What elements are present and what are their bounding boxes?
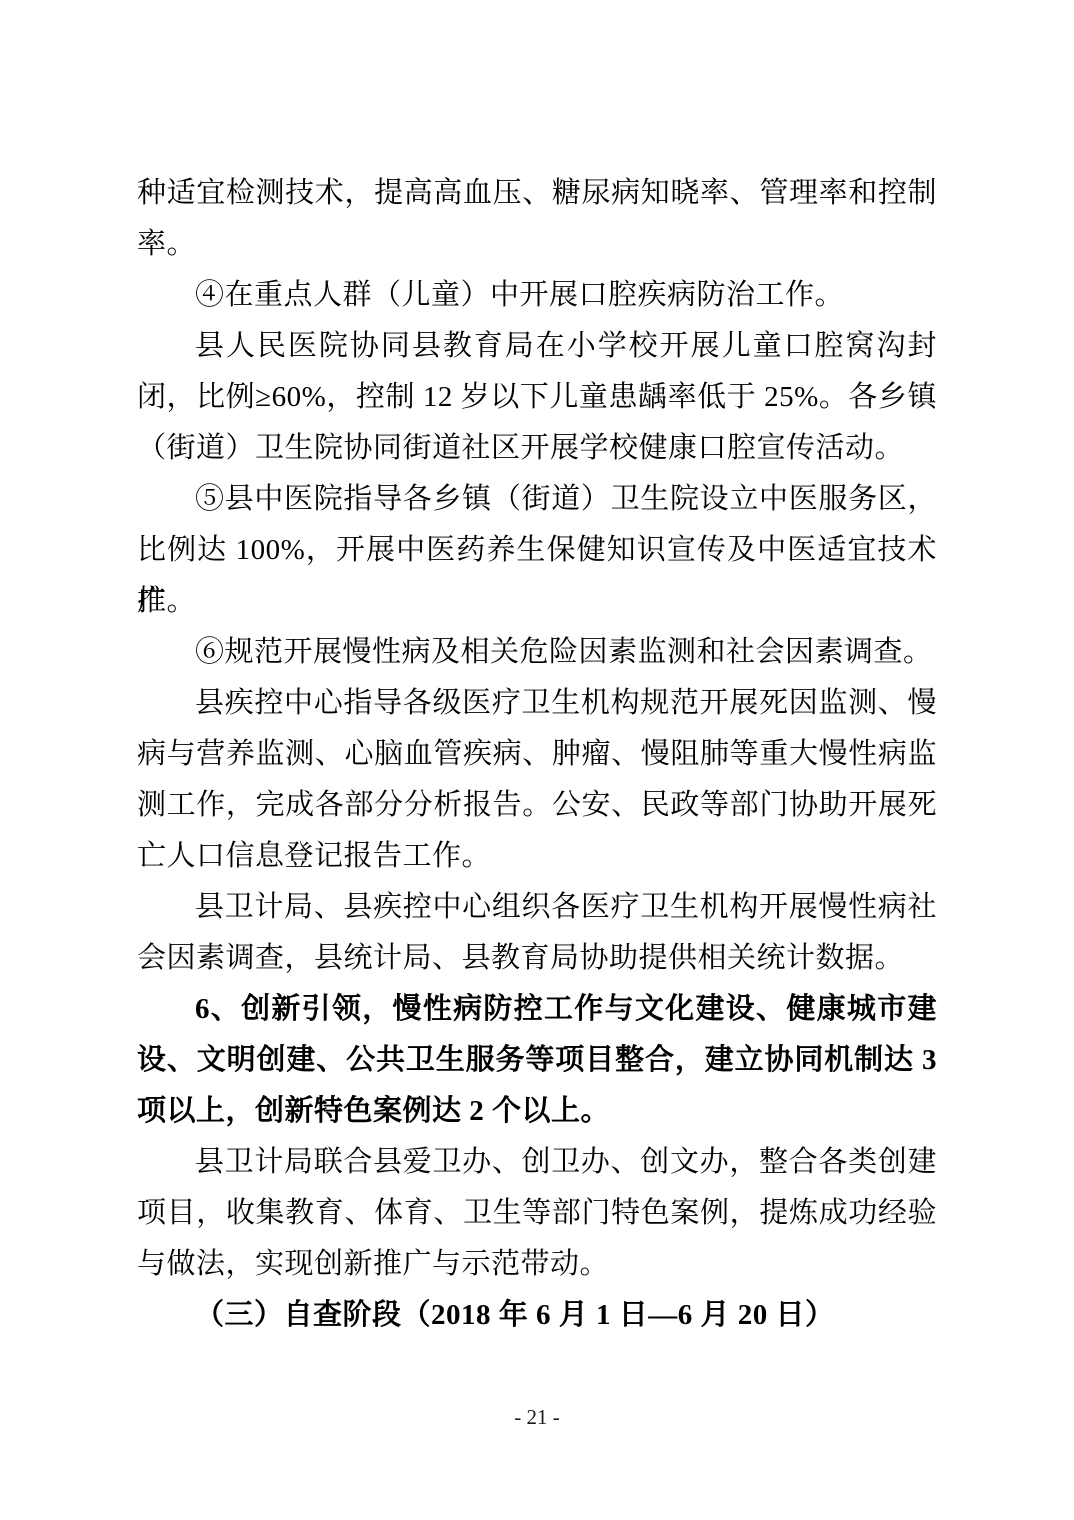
text-line: 与做法，实现创新推广与示范带动。	[137, 1239, 937, 1290]
text-line: 测工作，完成各部分分析报告。公安、民政等部门协助开展死	[137, 780, 937, 831]
text-line: 广。	[137, 576, 937, 627]
text-line: （三）自查阶段（2018 年 6 月 1 日—6 月 20 日）	[137, 1290, 937, 1341]
text-line: ⑥规范开展慢性病及相关危险因素监测和社会因素调查。	[137, 627, 937, 678]
text-line: 县人民医院协同县教育局在小学校开展儿童口腔窝沟封	[137, 321, 937, 372]
text-line: ④在重点人群（儿童）中开展口腔疾病防治工作。	[137, 270, 937, 321]
text-line: 率。	[137, 219, 937, 270]
text-line: 项以上，创新特色案例达 2 个以上。	[137, 1086, 937, 1137]
text-line: 6、创新引领，慢性病防控工作与文化建设、健康城市建	[137, 984, 937, 1035]
text-line: 县卫计局联合县爱卫办、创卫办、创文办，整合各类创建	[137, 1137, 937, 1188]
document-page: 种适宜检测技术，提高高血压、糖尿病知晓率、管理率和控制率。④在重点人群（儿童）中…	[0, 0, 1074, 1520]
text-line: 县卫计局、县疾控中心组织各医疗卫生机构开展慢性病社	[137, 882, 937, 933]
text-line: 项目，收集教育、体育、卫生等部门特色案例，提炼成功经验	[137, 1188, 937, 1239]
text-line: 种适宜检测技术，提高高血压、糖尿病知晓率、管理率和控制	[137, 168, 937, 219]
page-number: - 21 -	[0, 1402, 1074, 1432]
text-line: 会因素调查，县统计局、县教育局协助提供相关统计数据。	[137, 933, 937, 984]
text-line: 病与营养监测、心脑血管疾病、肿瘤、慢阻肺等重大慢性病监	[137, 729, 937, 780]
text-line: 亡人口信息登记报告工作。	[137, 831, 937, 882]
document-content: 种适宜检测技术，提高高血压、糖尿病知晓率、管理率和控制率。④在重点人群（儿童）中…	[137, 168, 937, 1341]
text-line: 设、文明创建、公共卫生服务等项目整合，建立协同机制达 3	[137, 1035, 937, 1086]
text-line: 县疾控中心指导各级医疗卫生机构规范开展死因监测、慢	[137, 678, 937, 729]
text-line: ⑤县中医院指导各乡镇（街道）卫生院设立中医服务区，	[137, 474, 937, 525]
text-line: （街道）卫生院协同街道社区开展学校健康口腔宣传活动。	[137, 423, 937, 474]
text-line: 比例达 100%，开展中医药养生保健知识宣传及中医适宜技术推	[137, 525, 937, 576]
text-line: 闭，比例≥60%，控制 12 岁以下儿童患龋率低于 25%。各乡镇	[137, 372, 937, 423]
